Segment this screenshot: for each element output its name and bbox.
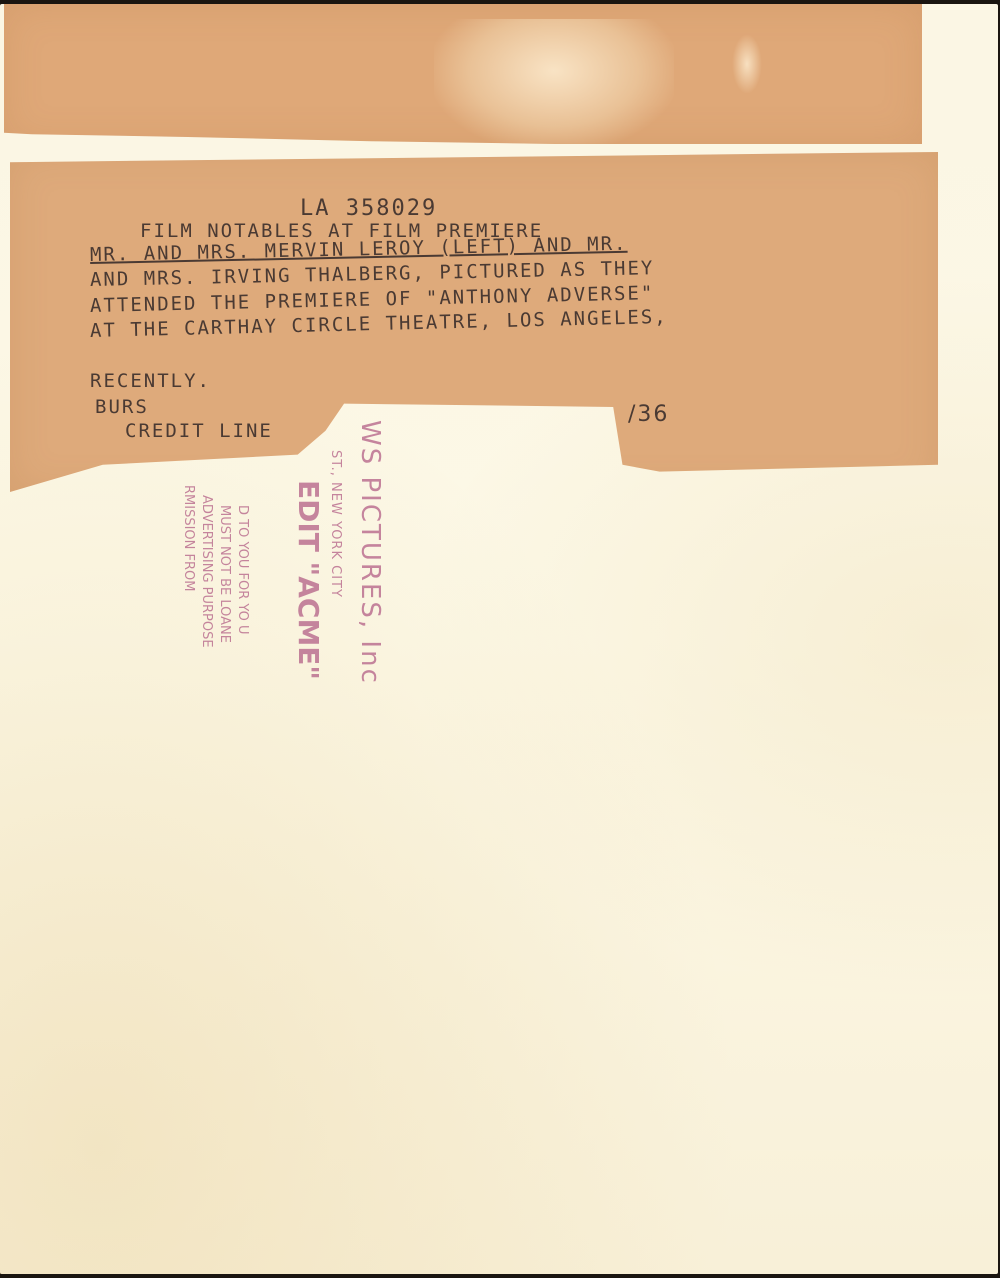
caption-line: RECENTLY.: [90, 370, 211, 392]
stamp-line: ADVERTISING PURPOSE: [199, 495, 214, 648]
caption-line: BURS: [95, 396, 149, 418]
credit-line-label: CREDIT LINE: [125, 420, 273, 442]
stamp-line: EDIT "ACME": [292, 480, 325, 680]
worn-patch: [434, 19, 674, 149]
stamp-line: D TO YOU FOR YO U: [235, 505, 250, 635]
worn-patch: [732, 34, 762, 94]
reference-number: LA 358029: [300, 196, 437, 221]
stamp-line: ST., NEW YORK CITY: [328, 450, 343, 598]
stamp-line: MUST NOT BE LOANE: [217, 505, 232, 643]
stamp-line: RMISSION FROM: [181, 485, 196, 591]
acme-credit-stamp: WS PICTURES, Inc ST., NEW YORK CITY EDIT…: [160, 420, 400, 730]
stamp-line: WS PICTURES, Inc: [355, 420, 385, 685]
top-paper-strip: [4, 4, 922, 144]
handwritten-date: /36: [628, 402, 669, 427]
